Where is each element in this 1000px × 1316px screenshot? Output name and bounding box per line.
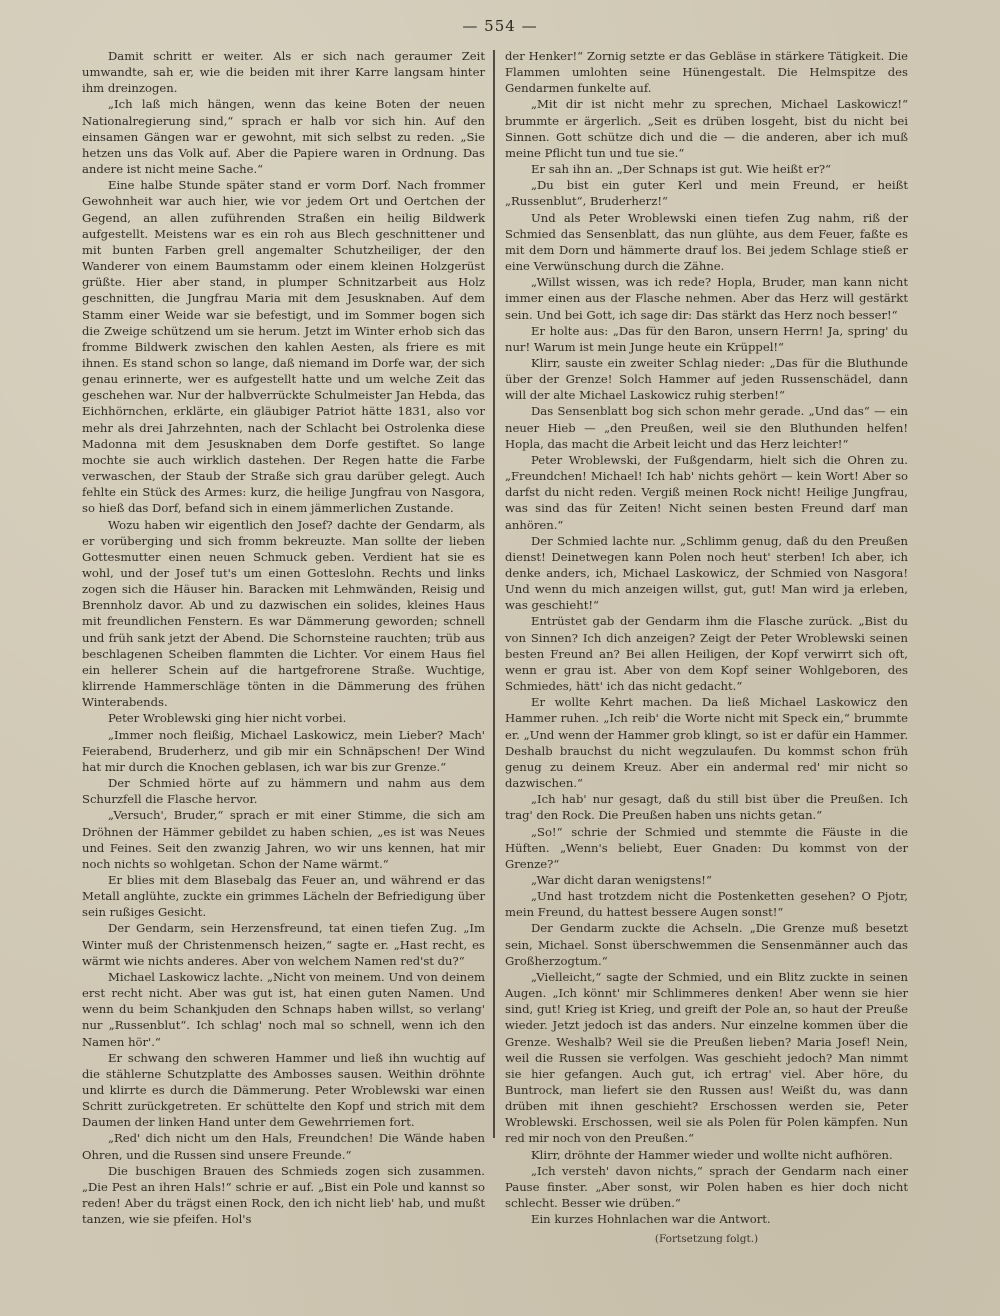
paragraph: Er schwang den schweren Hammer und ließ …: [82, 1050, 485, 1131]
paragraph: Das Sensenblatt bog sich schon mehr gera…: [505, 403, 908, 451]
paragraph: Wozu haben wir eigentlich den Josef? dac…: [82, 517, 485, 711]
paragraph: „Vielleicht,“ sagte der Schmied, und ein…: [505, 969, 908, 1147]
paragraph: „Du bist ein guter Kerl und mein Freund,…: [505, 177, 908, 209]
paragraph: „Ich hab' nur gesagt, daß du still bist …: [505, 791, 908, 823]
paragraph: der Henker!“ Zornig setzte er das Gebläs…: [505, 48, 908, 96]
paragraph: „Ich laß mich hängen, wenn das keine Bot…: [82, 96, 485, 177]
paragraph: Der Gendarm, sein Herzensfreund, tat ein…: [82, 920, 485, 968]
paragraph: Er wollte Kehrt machen. Da ließ Michael …: [505, 694, 908, 791]
paragraph: „Und hast trotzdem nicht die Postenkette…: [505, 888, 908, 920]
paragraph: Er sah ihn an. „Der Schnaps ist gut. Wie…: [505, 161, 908, 177]
paragraph: Peter Wroblewski ging hier nicht vorbei.: [82, 710, 485, 726]
paragraph: „Versuch', Bruder,“ sprach er mit einer …: [82, 807, 485, 872]
paragraph: „Ich versteh' davon nichts,“ sprach der …: [505, 1163, 908, 1211]
paragraph: Peter Wroblewski, der Fußgendarm, hielt …: [505, 452, 908, 533]
paragraph: Klirr, dröhnte der Hammer wieder und wol…: [505, 1147, 908, 1163]
paragraph: „So!“ schrie der Schmied und stemmte die…: [505, 824, 908, 872]
paragraph: Ein kurzes Hohnlachen war die Antwort.: [505, 1211, 908, 1227]
paragraph: „Immer noch fleißig, Michael Laskowicz, …: [82, 727, 485, 775]
column-divider: [493, 50, 495, 1138]
paragraph: Damit schritt er weiter. Als er sich nac…: [82, 48, 485, 96]
paragraph: Klirr, sauste ein zweiter Schlag nieder:…: [505, 355, 908, 403]
paragraph: Der Schmied hörte auf zu hämmern und nah…: [82, 775, 485, 807]
paragraph: Die buschigen Brauen des Schmieds zogen …: [82, 1163, 485, 1228]
left-column: Damit schritt er weiter. Als er sich nac…: [82, 48, 485, 1227]
paragraph: Er holte aus: „Das für den Baron, unsern…: [505, 323, 908, 355]
paragraph: Michael Laskowicz lachte. „Nicht von mei…: [82, 969, 485, 1050]
paragraph: Er blies mit dem Blasebalg das Feuer an,…: [82, 872, 485, 920]
page-number: — 554 —: [0, 17, 1000, 35]
continuation-note: (Fortsetzung folgt.): [505, 1231, 908, 1247]
paragraph: „Willst wissen, was ich rede? Hopla, Bru…: [505, 274, 908, 322]
paragraph: Der Gendarm zuckte die Achseln. „Die Gre…: [505, 920, 908, 968]
paragraph: Und als Peter Wroblewski einen tiefen Zu…: [505, 210, 908, 275]
paragraph: Der Schmied lachte nur. „Schlimm genug, …: [505, 533, 908, 614]
paragraph: Entrüstet gab der Gendarm ihm die Flasch…: [505, 613, 908, 694]
paragraph: „Mit dir ist nicht mehr zu sprechen, Mic…: [505, 96, 908, 161]
right-column: der Henker!“ Zornig setzte er das Gebläs…: [505, 48, 908, 1248]
paragraph: „Red' dich nicht um den Hals, Freundchen…: [82, 1130, 485, 1162]
paragraph: „War dicht daran wenigstens!“: [505, 872, 908, 888]
paragraph: Eine halbe Stunde später stand er vorm D…: [82, 177, 485, 516]
